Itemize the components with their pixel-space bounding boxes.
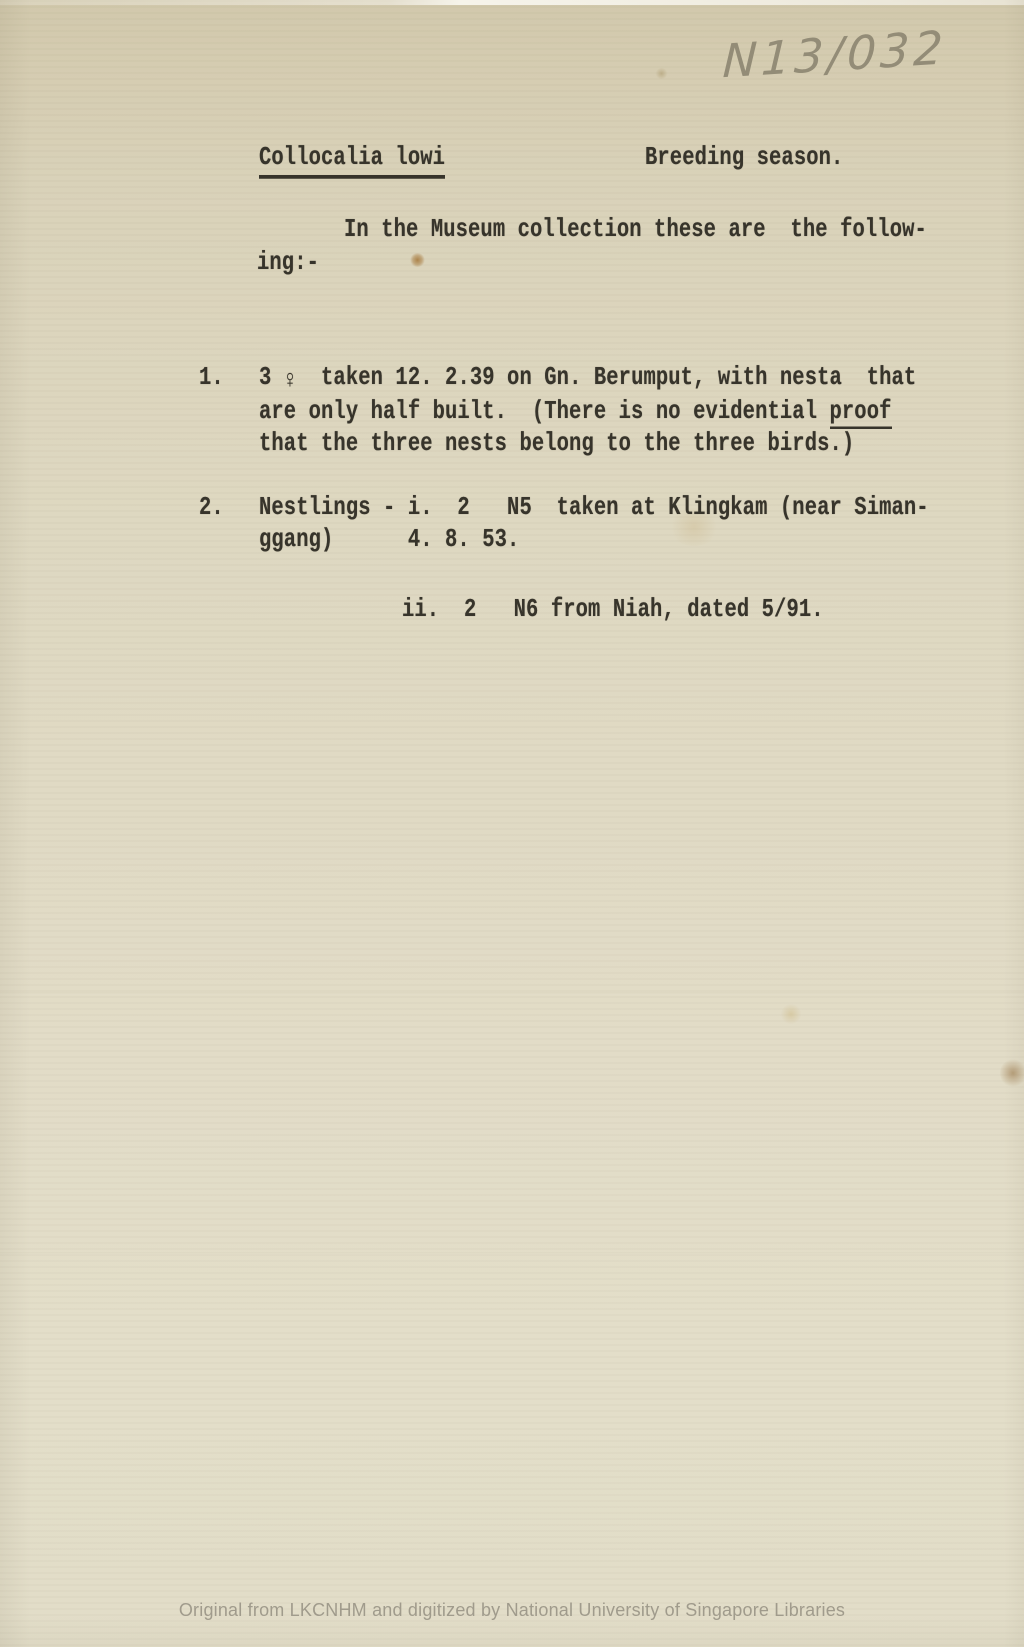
item-1-line-2-underlined-word: proof xyxy=(830,398,892,429)
item-1-line-1: 3 ♀ taken 12. 2.39 on Gn. Berumput, with… xyxy=(259,365,916,393)
paper-stain xyxy=(1000,1058,1024,1088)
item-2-line-1: Nestlings - i. 2 N5 taken at Klingkam (n… xyxy=(259,495,929,523)
item-1-line-1-post: taken 12. 2.39 on Gn. Berumput, with nes… xyxy=(296,364,916,393)
species-title: Collocalia lowi xyxy=(259,145,445,173)
item-2-line-3: ii. 2 N6 from Niah, dated 5/91. xyxy=(402,597,824,625)
intro-line-2: ing:- xyxy=(257,250,319,278)
digitization-credit: Original from LKCNHM and digitized by Na… xyxy=(0,1600,1024,1621)
document-page: N13/032 Collocalia lowi Breeding season.… xyxy=(0,0,1024,1647)
item-2-line-2: ggang) 4. 8. 53. xyxy=(259,527,519,555)
female-symbol: ♀ xyxy=(284,369,296,397)
paper-crease xyxy=(0,1252,1024,1255)
item-2-number: 2. xyxy=(199,495,224,523)
species-title-text: Collocalia lowi xyxy=(259,144,445,179)
paper-stain xyxy=(655,68,668,79)
section-title: Breeding season. xyxy=(645,145,843,173)
handwritten-archive-code: N13/032 xyxy=(722,20,948,88)
item-1-line-3: that the three nests belong to the three… xyxy=(259,431,854,459)
paper-crease xyxy=(0,992,1024,995)
item-1-line-2-pre: are only half built. (There is no eviden… xyxy=(259,398,830,427)
intro-line-1: In the Museum collection these are the f… xyxy=(344,217,927,245)
item-1-line-2: are only half built. (There is no eviden… xyxy=(259,399,892,427)
item-1-line-1-pre: 3 xyxy=(259,364,284,393)
item-1-number: 1. xyxy=(199,365,224,393)
paper-stain xyxy=(780,1004,802,1024)
paper-stain xyxy=(410,253,425,267)
paper-top-edge xyxy=(0,0,1024,5)
